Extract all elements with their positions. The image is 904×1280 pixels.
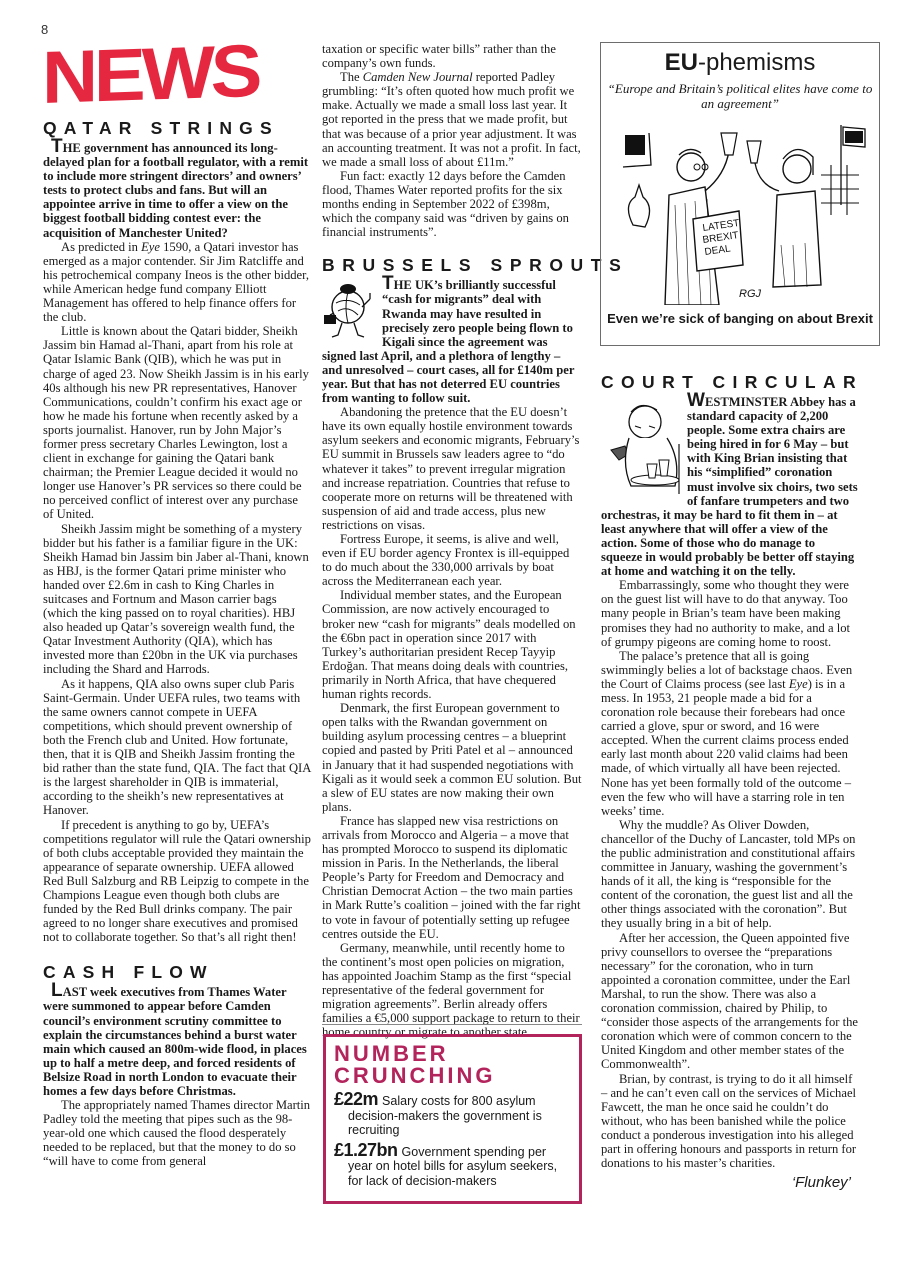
paragraph: Fun fact: exactly 12 days before the Cam… xyxy=(322,169,582,239)
paragraph: Denmark, the first European government t… xyxy=(322,701,582,814)
article-lede: THE government has announced its long-de… xyxy=(43,140,311,240)
cartoon-quote: “Europe and Britain’s political elites h… xyxy=(601,81,879,111)
flunkey-character-icon xyxy=(601,394,683,496)
paragraph: Brian, by contrast, is trying to do it a… xyxy=(601,1072,859,1171)
column-divider-rule xyxy=(322,1024,582,1025)
paragraph: France has slapped new visa restrictions… xyxy=(322,814,582,941)
column-1: QATAR STRINGS THE government has announc… xyxy=(43,118,311,1169)
section-heading: COURT CIRCULAR xyxy=(601,372,859,392)
number-item: £22mSalary costs for 800 asylum decision… xyxy=(334,1092,571,1138)
paragraph-continued: taxation or specific water bills” rather… xyxy=(322,42,582,70)
drop-cap: T xyxy=(51,136,63,157)
news-masthead: NEWS xyxy=(42,39,258,110)
article-lede: LAST week executives from Thames Water w… xyxy=(43,984,311,1098)
drop-cap: T xyxy=(382,273,394,294)
paragraph: The appropriately named Thames director … xyxy=(43,1098,311,1168)
svg-text:RGJ: RGJ xyxy=(739,288,762,300)
number-crunching-box: NUMBER CRUNCHING £22mSalary costs for 80… xyxy=(323,1034,582,1204)
section-heading: CASH FLOW xyxy=(43,962,311,982)
paragraph: After her accession, the Queen appointed… xyxy=(601,931,859,1072)
article-court-circular: COURT CIRCULAR WESTMINSTER Abbey has a s… xyxy=(601,372,859,1190)
article-qatar-strings: QATAR STRINGS THE government has announc… xyxy=(43,118,311,944)
cartoon-title: EU-phemisms xyxy=(601,49,879,77)
paragraph: Fortress Europe, it seems, is alive and … xyxy=(322,532,582,588)
section-heading: BRUSSELS SPROUTS xyxy=(322,255,582,275)
paragraph: The Camden New Journal reported Padley g… xyxy=(322,70,582,169)
paragraph: As it happens, QIA also owns super club … xyxy=(43,677,311,818)
column-3: COURT CIRCULAR WESTMINSTER Abbey has a s… xyxy=(601,372,859,1190)
cartoon-caption: Even we’re sick of banging on about Brex… xyxy=(601,311,879,326)
paragraph: If precedent is anything to go by, UEFA’… xyxy=(43,818,311,945)
paragraph: Abandoning the pretence that the EU does… xyxy=(322,405,582,532)
drop-cap: W xyxy=(687,390,705,411)
paragraph: Why the muddle? As Oliver Dowden, chance… xyxy=(601,818,859,931)
author-signoff: ‘Flunkey’ xyxy=(601,1176,859,1190)
paragraph: Little is known about the Qatari bidder,… xyxy=(43,324,311,521)
number-figure: £1.27bn xyxy=(334,1140,398,1160)
paragraph: The palace’s pretence that all is going … xyxy=(601,649,859,818)
paragraph: As predicted in Eye 1590, a Qatari inves… xyxy=(43,240,311,325)
cartoon-eu-phemisms: EU-phemisms “Europe and Britain’s politi… xyxy=(600,42,880,346)
sprout-character-icon xyxy=(322,277,378,343)
number-figure: £22m xyxy=(334,1089,378,1109)
article-cash-flow: CASH FLOW LAST week executives from Tham… xyxy=(43,962,311,1168)
section-heading: QATAR STRINGS xyxy=(43,118,311,138)
paragraph: Sheikh Jassim might be something of a my… xyxy=(43,522,311,677)
column-2: taxation or specific water bills” rather… xyxy=(322,42,582,1039)
page-number: 8 xyxy=(41,22,48,37)
number-crunching-title: NUMBER CRUNCHING xyxy=(334,1043,571,1087)
article-brussels-sprouts: BRUSSELS SPROUTS THE UK’s brilliantly su… xyxy=(322,255,582,1039)
paragraph: Embarrassingly, some who thought they we… xyxy=(601,578,859,648)
drop-cap: L xyxy=(51,980,63,1001)
paragraph: Individual member states, and the Europe… xyxy=(322,588,582,701)
number-item: £1.27bnGovernment spending per year on h… xyxy=(334,1143,571,1189)
cartoon-illustration-icon: LATEST BREXIT DEAL RGJ xyxy=(609,115,871,305)
